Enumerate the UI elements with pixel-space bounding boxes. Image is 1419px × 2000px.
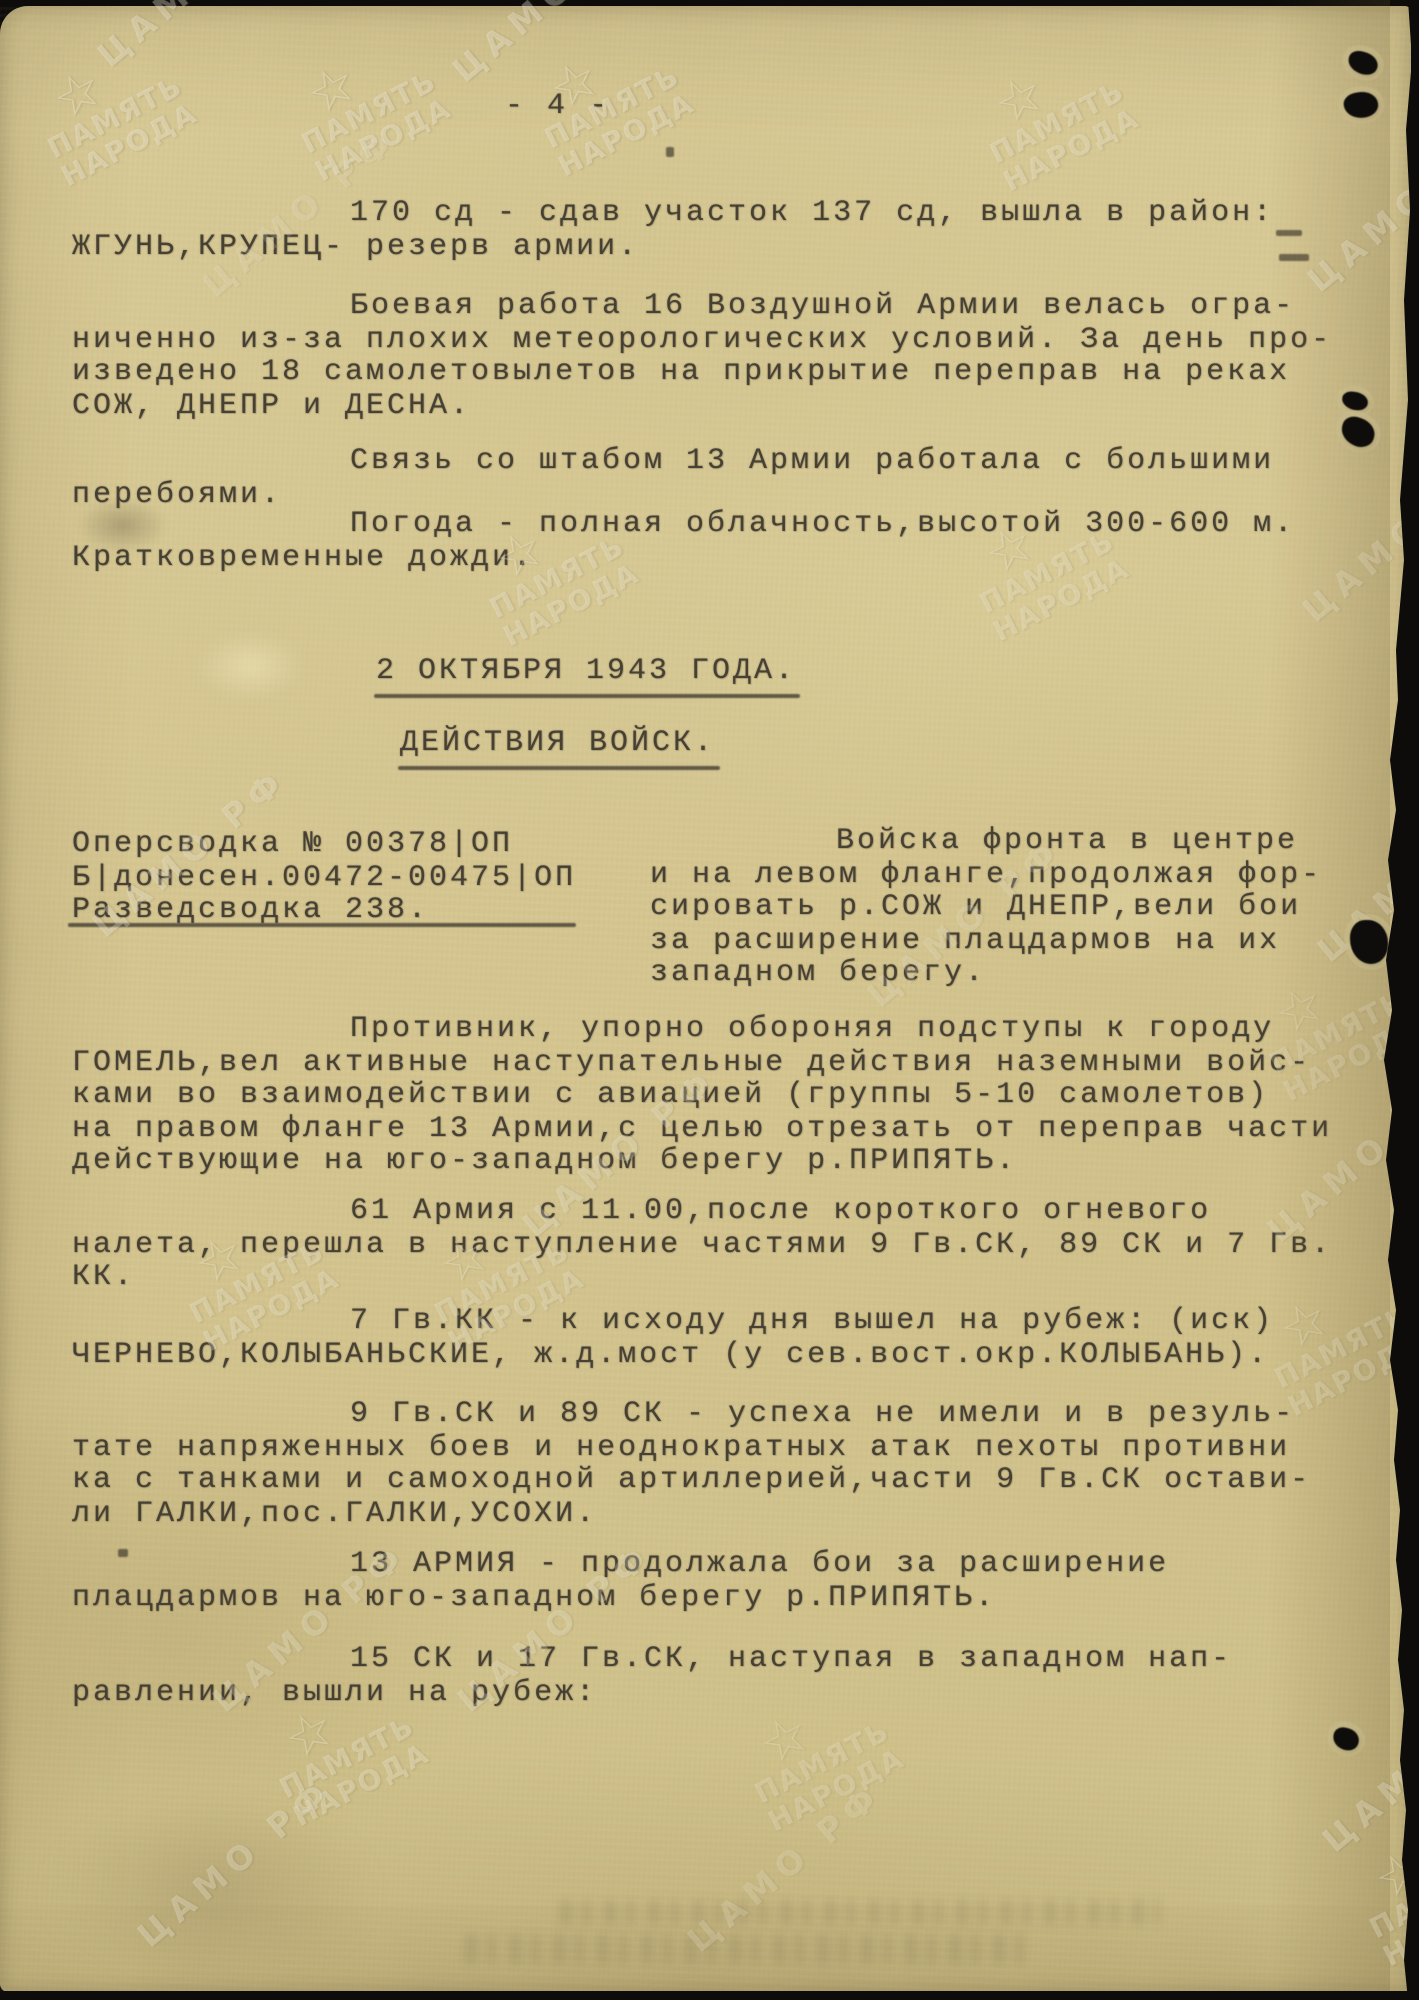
typed-paragraph: Противник, упорно обороняя подступы к го… xyxy=(72,1013,1372,1178)
typed-line: 9 Гв.СК и 89 СК - успеха не имели и в ре… xyxy=(72,1398,1372,1431)
typed-line: ниченно из-за плохих метеорологических у… xyxy=(72,324,1372,357)
typed-line: изведено 18 самолетовылетов на прикрытие… xyxy=(72,356,1372,389)
bleed-through-text xyxy=(560,1899,1160,1925)
typed-line: Боевая работа 16 Воздушной Армии велась … xyxy=(72,290,1372,323)
ink-mark xyxy=(1276,230,1302,236)
typed-line: ка с танками и самоходной артиллерией,ча… xyxy=(72,1464,1372,1497)
page-number: - 4 - xyxy=(505,90,705,123)
typed-line: равлении, вышли на рубеж: xyxy=(72,1677,1372,1710)
typed-line: Связь со штабом 13 Армии работала с боль… xyxy=(72,445,1372,478)
typed-paragraph: 13 АРМИЯ - продолжала бои за расширениеп… xyxy=(72,1548,1372,1614)
reference-underline xyxy=(68,923,576,927)
section-heading-actions: ДЕЙСТВИЯ ВОЙСК. xyxy=(400,727,1419,760)
typed-line: ками во взаимодействии с авиацией (групп… xyxy=(72,1079,1372,1112)
typed-line: ЖГУНЬ,КРУПЕЦ- резерв армии. xyxy=(72,231,1372,264)
typed-line: действующие на юго-западном берегу р.ПРИ… xyxy=(72,1145,1372,1178)
typed-line: 15 СК и 17 Гв.СК, наступая в западном на… xyxy=(72,1643,1372,1676)
typed-line: на правом фланге 13 Армии,с целью отреза… xyxy=(72,1113,1372,1146)
heading-underline xyxy=(398,766,720,770)
typed-line: СОЖ, ДНЕПР и ДЕСНА. xyxy=(72,390,1372,423)
typed-line: тате напряженных боев и неоднократных ат… xyxy=(72,1432,1372,1465)
section-heading-date: 2 ОКТЯБРЯ 1943 ГОДА. xyxy=(376,655,1419,688)
typed-paragraph: Боевая работа 16 Воздушной Армии велась … xyxy=(72,290,1372,422)
scan-bottom-edge xyxy=(0,1991,1419,2000)
typed-line: западном берегу. xyxy=(650,957,1350,990)
typed-line: 170 сд - сдав участок 137 сд, вышла в ра… xyxy=(72,197,1372,230)
typed-line: Погода - полная облачность,высотой 300-6… xyxy=(72,508,1372,541)
report-reference-block: Оперсводка № 00378|ОПБ|донесен.00472-004… xyxy=(72,828,632,927)
bleed-through-text xyxy=(465,1934,1025,1964)
typed-paragraph: 61 Армия с 11.00,после короткого огневог… xyxy=(72,1195,1372,1294)
typed-line: Б|донесен.00472-00475|ОП xyxy=(72,862,632,895)
typed-line: ли ГАЛКИ,пос.ГАЛКИ,УСОХИ. xyxy=(72,1498,1372,1531)
stain xyxy=(40,1796,380,1986)
heading-underline xyxy=(374,694,800,698)
typed-line: ГОМЕЛЬ,вел активные наступательные дейст… xyxy=(72,1047,1372,1080)
typed-line: Войска фронта в центре xyxy=(650,825,1350,858)
typed-paragraph: Связь со штабом 13 Армии работала с боль… xyxy=(72,445,1372,511)
typed-paragraph: Войска фронта в центреи на левом фланге,… xyxy=(650,825,1350,990)
ink-mark xyxy=(1279,254,1309,261)
typed-line: Кратковременные дожди. xyxy=(72,542,1372,575)
typed-line: КК. xyxy=(72,1261,1372,1294)
typed-line: 13 АРМИЯ - продолжала бои за расширение xyxy=(72,1548,1372,1581)
document-page: - 4 - 170 сд - сдав участок 137 сд, вышл… xyxy=(0,6,1411,1992)
typed-line: за расширение плацдармов на их xyxy=(650,925,1350,958)
ink-mark xyxy=(118,1549,128,1557)
typed-line: 2 ОКТЯБРЯ 1943 ГОДА. xyxy=(376,655,1419,688)
typed-line: Противник, упорно обороняя подступы к го… xyxy=(72,1013,1372,1046)
typed-line: 7 Гв.КК - к исходу дня вышел на рубеж: (… xyxy=(72,1305,1372,1338)
typed-paragraph: 170 сд - сдав участок 137 сд, вышла в ра… xyxy=(72,197,1372,263)
typed-line: - 4 - xyxy=(505,90,705,123)
typed-line: 61 Армия с 11.00,после короткого огневог… xyxy=(72,1195,1372,1228)
scanned-document-view: - 4 - 170 сд - сдав участок 137 сд, вышл… xyxy=(0,0,1419,2000)
typed-line: ЧЕРНЕВО,КОЛЫБАНЬСКИЕ, ж.д.мост (у сев.во… xyxy=(72,1339,1372,1372)
typed-line: Оперсводка № 00378|ОП xyxy=(72,828,632,861)
stain xyxy=(195,631,305,701)
typed-paragraph: 7 Гв.КК - к исходу дня вышел на рубеж: (… xyxy=(72,1305,1372,1371)
typed-paragraph: 9 Гв.СК и 89 СК - успеха не имели и в ре… xyxy=(72,1398,1372,1530)
typed-line: налета, перешла в наступление частями 9 … xyxy=(72,1229,1372,1262)
typed-paragraph: Погода - полная облачность,высотой 300-6… xyxy=(72,508,1372,574)
typed-line: сировать р.СОЖ и ДНЕПР,вели бои xyxy=(650,891,1350,924)
ink-mark xyxy=(666,147,674,157)
typed-line: плацдармов на юго-западном берегу р.ПРИП… xyxy=(72,1582,1372,1615)
typed-paragraph: 15 СК и 17 Гв.СК, наступая в западном на… xyxy=(72,1643,1372,1709)
typed-line: и на левом фланге,продолжая фор- xyxy=(650,859,1350,892)
typed-line: ДЕЙСТВИЯ ВОЙСК. xyxy=(400,727,1419,760)
